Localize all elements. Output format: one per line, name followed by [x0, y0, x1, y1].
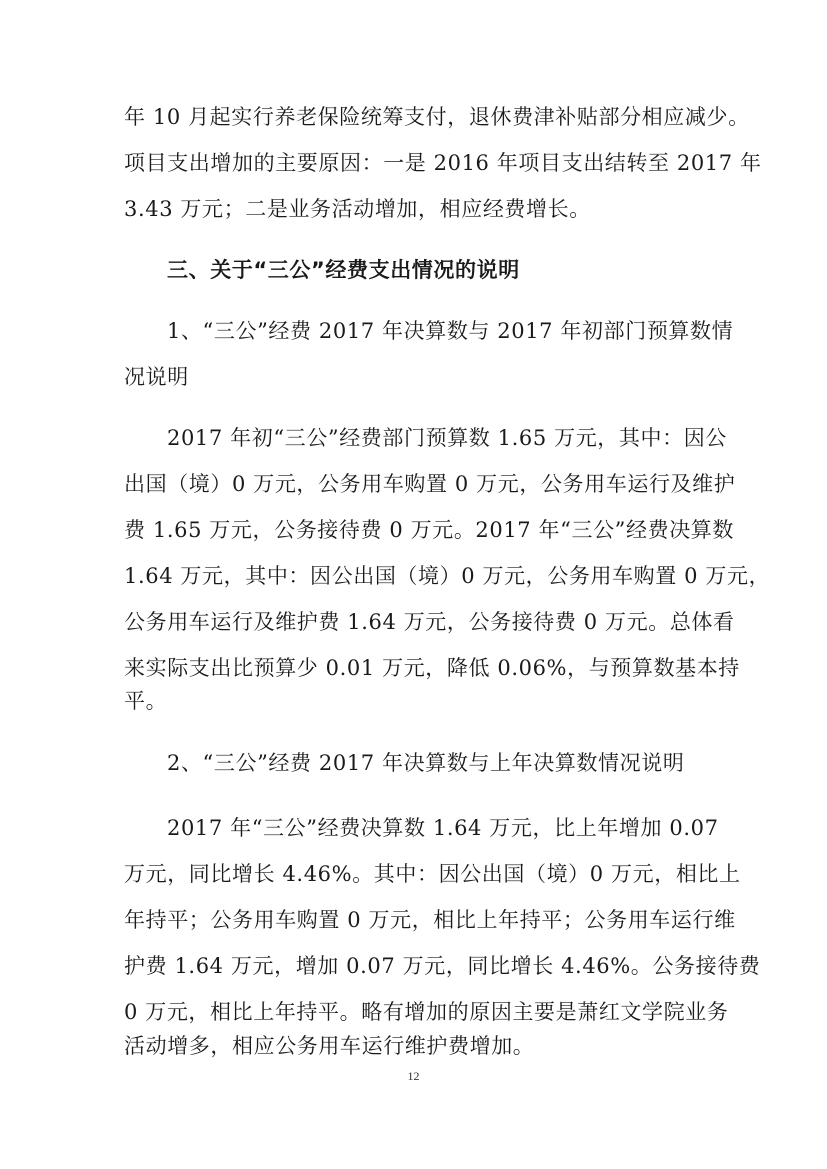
- paragraph-line: 来实际支出比预算少 0.01 万元，降低 0.06%，与预算数基本持: [124, 655, 704, 681]
- subsection-1-title: 1、“三公”经费 2017 年决算数与 2017 年初部门预算数情: [167, 318, 747, 344]
- paragraph-line: 活动增多，相应公务用车运行维护费增加。: [124, 1033, 704, 1059]
- paragraph-line: 0 万元，相比上年持平。略有增加的原因主要是萧红文学院业务: [124, 999, 704, 1025]
- paragraph-line: 公务用车运行及维护费 1.64 万元，公务接待费 0 万元。总体看: [124, 609, 704, 635]
- paragraph-line: 平。: [124, 688, 704, 714]
- paragraph-line: 出国（境）0 万元，公务用车购置 0 万元，公务用车运行及维护: [124, 471, 704, 497]
- paragraph-line: 项目支出增加的主要原因：一是 2016 年项目支出结转至 2017 年: [124, 150, 704, 176]
- subsection-1-title-cont: 况说明: [124, 364, 704, 390]
- paragraph-line: 年 10 月起实行养老保险统筹支付，退休费津补贴部分相应减少。: [124, 104, 704, 130]
- document-page: 年 10 月起实行养老保险统筹支付，退休费津补贴部分相应减少。 项目支出增加的主…: [0, 0, 827, 1169]
- paragraph-line: 费 1.65 万元，公务接待费 0 万元。2017 年“三公”经费决算数: [124, 517, 704, 543]
- subsection-2-title: 2、“三公”经费 2017 年决算数与上年决算数情况说明: [167, 750, 747, 776]
- paragraph-line: 3.43 万元；二是业务活动增加，相应经费增长。: [124, 196, 704, 222]
- paragraph-line: 2017 年“三公”经费决算数 1.64 万元，比上年增加 0.07: [167, 815, 747, 841]
- section-heading: 三、关于“三公”经费支出情况的说明: [167, 257, 747, 283]
- paragraph-line: 万元，同比增长 4.46%。其中：因公出国（境）0 万元，相比上: [124, 861, 704, 887]
- paragraph-line: 年持平；公务用车购置 0 万元，相比上年持平；公务用车运行维: [124, 907, 704, 933]
- paragraph-line: 护费 1.64 万元，增加 0.07 万元，同比增长 4.46%。公务接待费: [124, 953, 704, 979]
- page-number: 12: [0, 1069, 827, 1084]
- paragraph-line: 1.64 万元，其中：因公出国（境）0 万元，公务用车购置 0 万元，: [124, 563, 704, 589]
- paragraph-line: 2017 年初“三公”经费部门预算数 1.65 万元，其中：因公: [167, 425, 747, 451]
